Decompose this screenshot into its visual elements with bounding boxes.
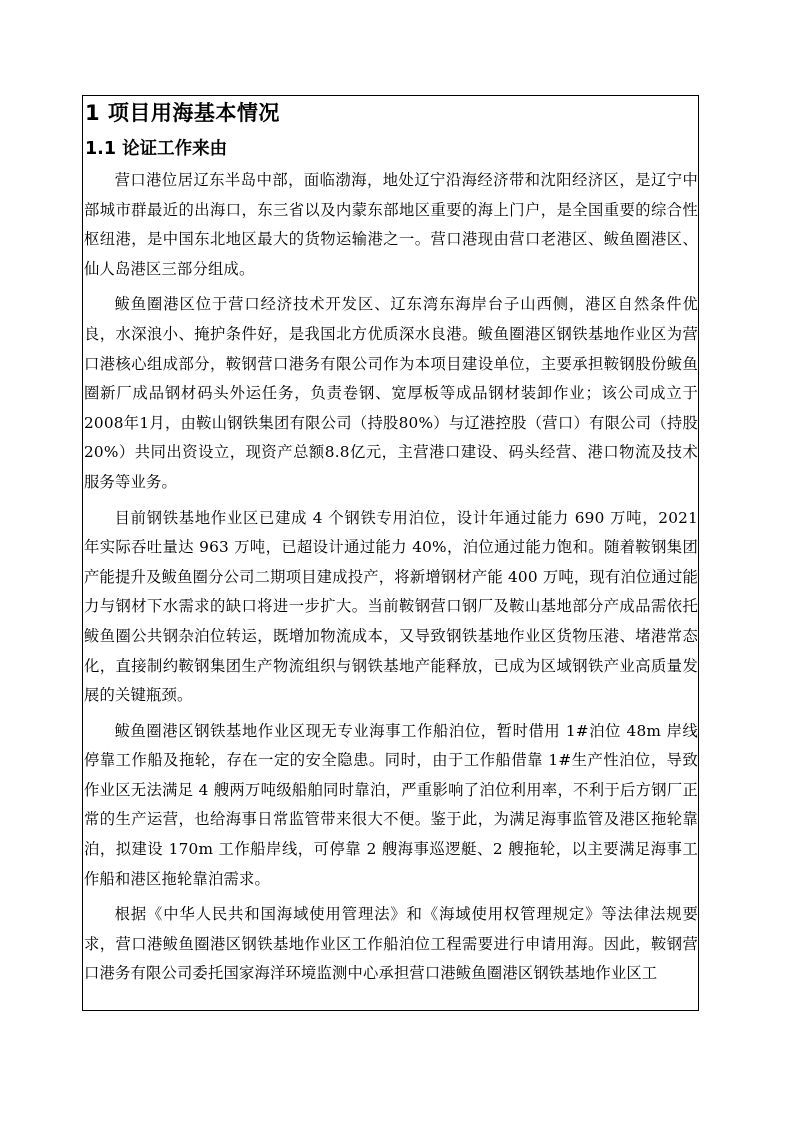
document-page-frame: 1 项目用海基本情况 1.1 论证工作来由 营口港位居辽东半岛中部，面临渤海，地… [82,95,699,1011]
section-heading-1-1: 1.1 论证工作来由 [85,136,698,162]
paragraph-bayuquan-port-area: 鲅鱼圈港区位于营口经济技术开发区、辽东湾东海岸台子山西侧，港区自然条件优良，水深… [84,290,698,497]
paragraph-yingkou-port-overview: 营口港位居辽东半岛中部，面临渤海，地处辽宁沿海经济带和沈阳经济区，是辽宁中部城市… [84,166,698,284]
paragraph-berth-capacity: 目前钢铁基地作业区已建成 4 个钢铁专用泊位，设计年通过能力 690 万吨，20… [84,504,698,711]
section-heading-1: 1 项目用海基本情况 [85,98,698,128]
paragraph-legal-basis: 根据《中华人民共和国海域使用管理法》和《海域使用权管理规定》等法律法规要求，营口… [84,900,698,989]
paragraph-work-boat-berth-need: 鲅鱼圈港区钢铁基地作业区现无专业海事工作船泊位，暂时借用 1#泊位 48m 岸线… [84,717,698,895]
